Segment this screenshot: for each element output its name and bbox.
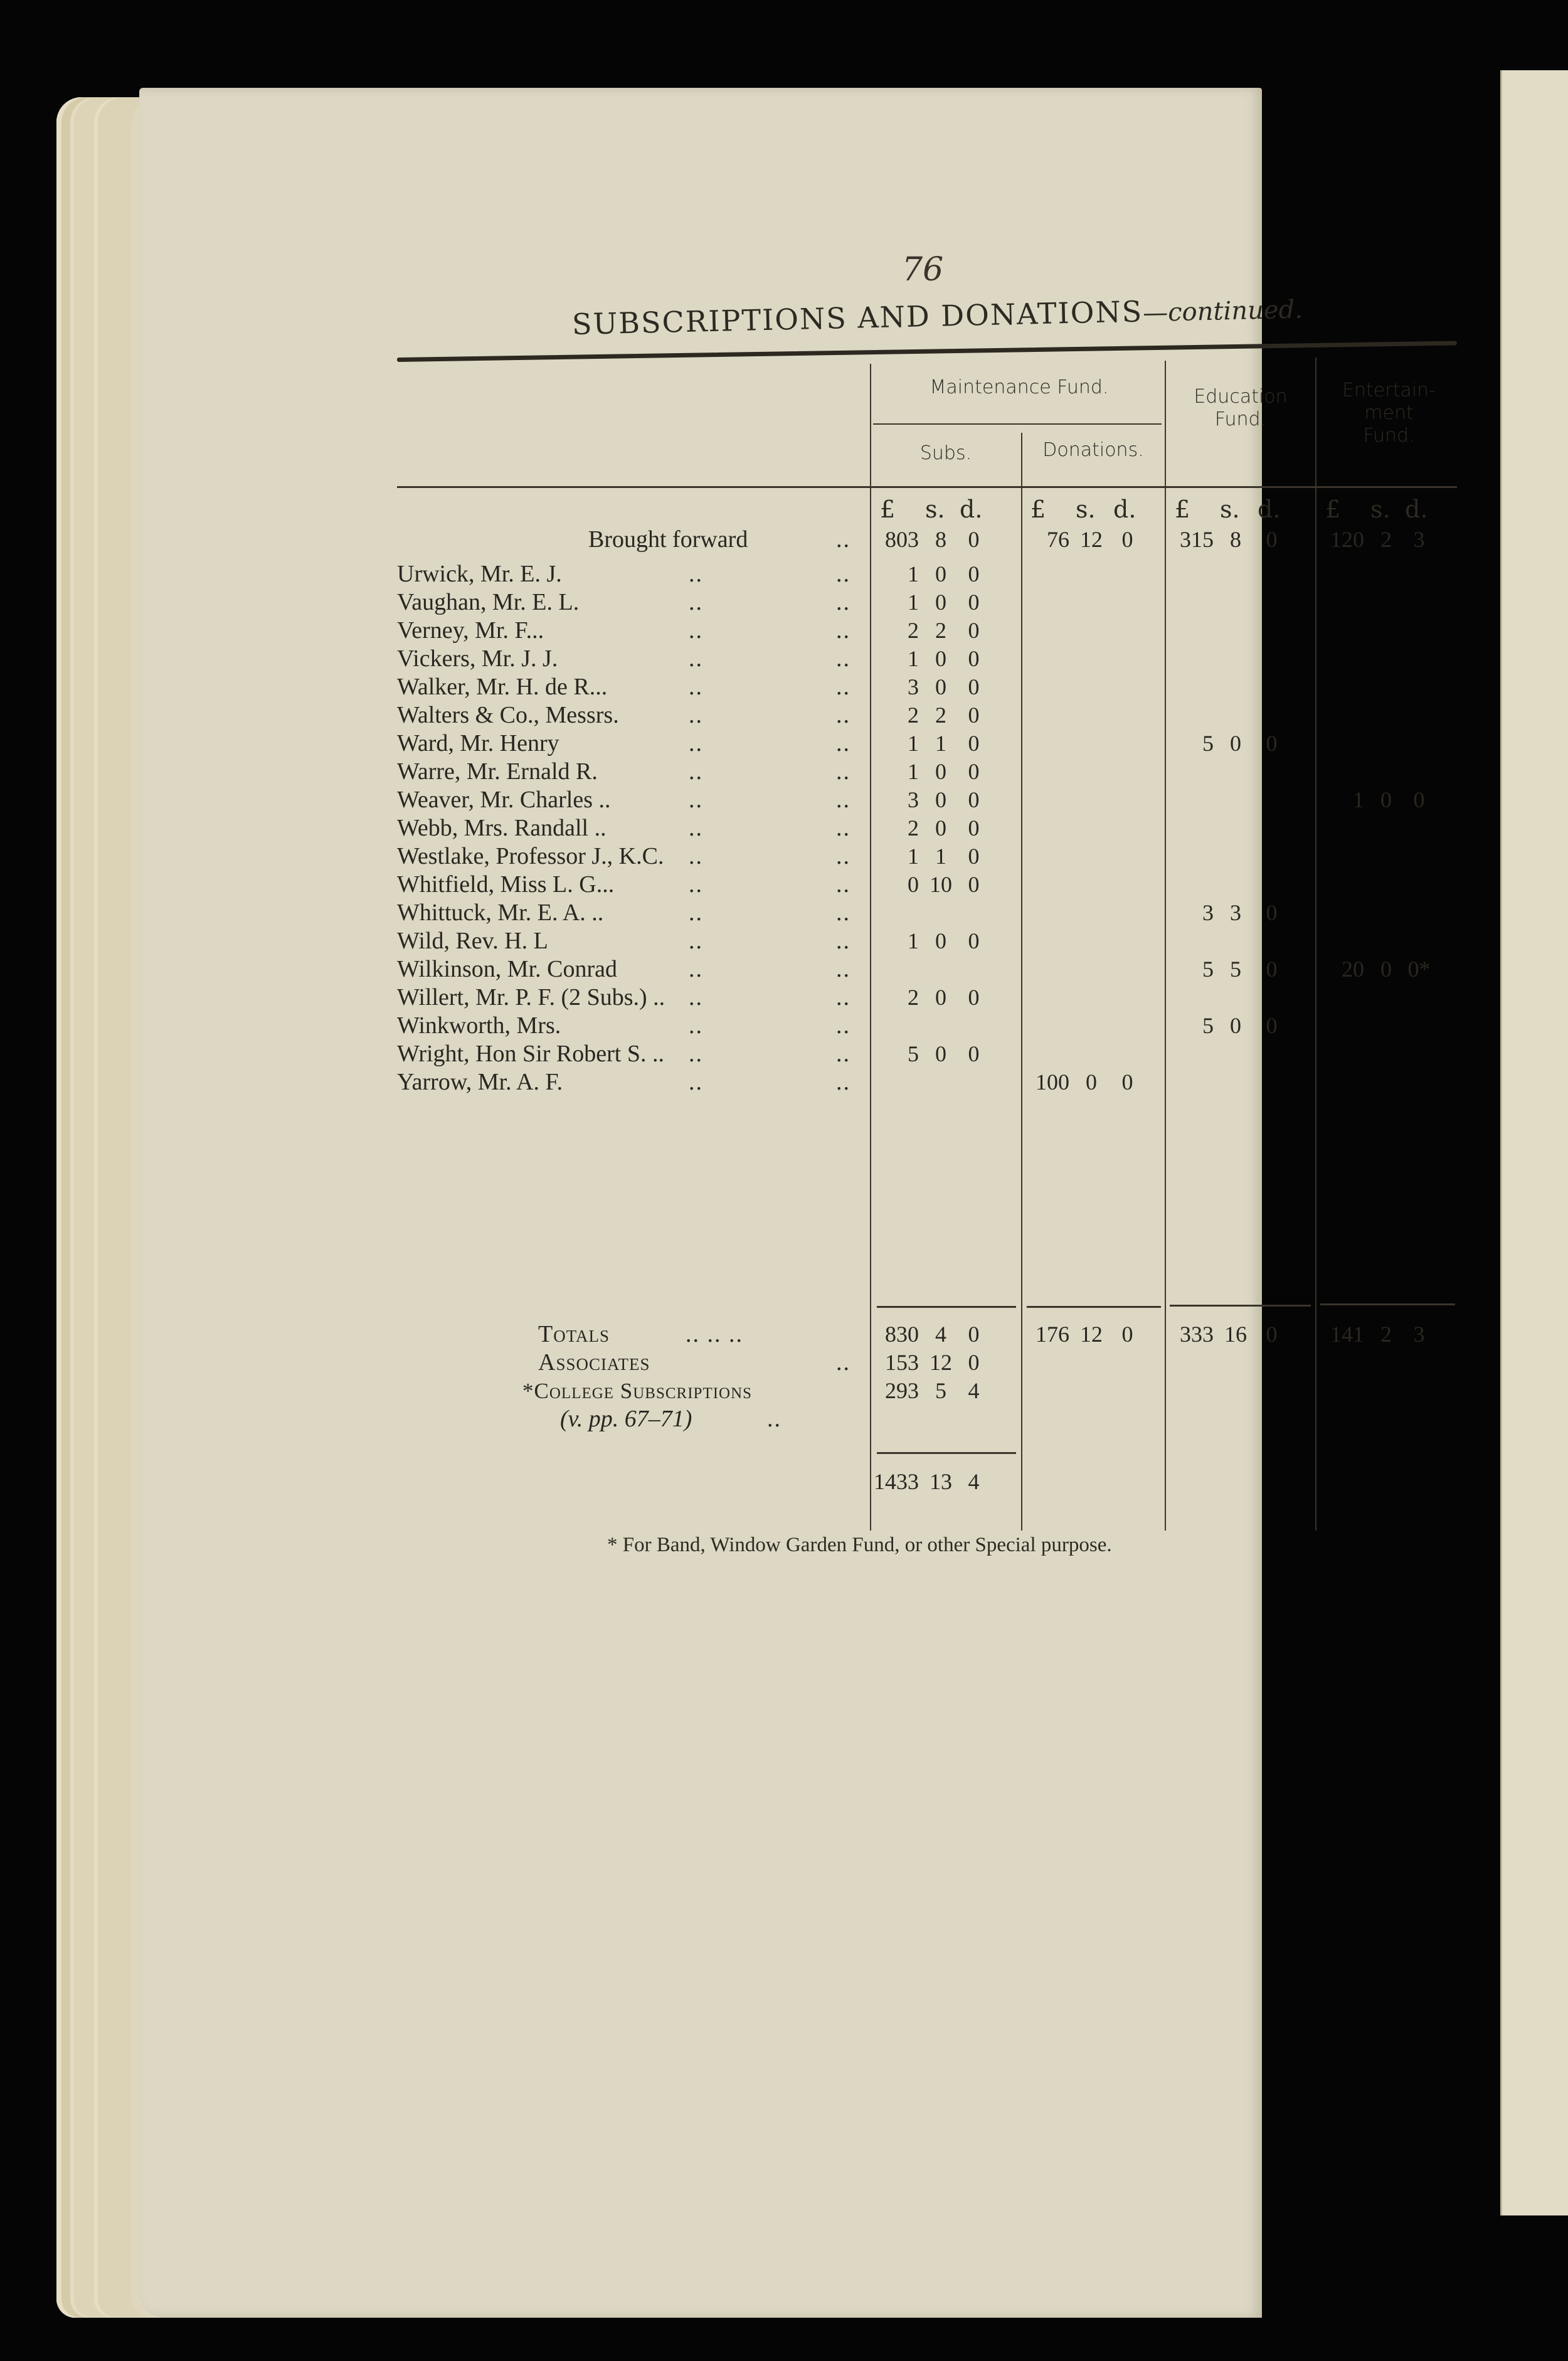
unit-entertainment-1: s. xyxy=(1370,496,1391,523)
header-education-fund: Education Fund. xyxy=(1168,386,1313,431)
subs-amount-shillings: 0 xyxy=(925,814,956,842)
table-row: Whittuck, Mr. E. A. ......330 xyxy=(397,899,1463,927)
subs-amount-pounds: 5 xyxy=(875,1040,919,1068)
unit-subs-0: £ xyxy=(880,496,895,523)
entertainment-line2: ment xyxy=(1318,402,1459,425)
table-row: Vaughan, Mr. E. L.....100 xyxy=(397,588,1463,617)
subs-amount-shillings: 0 xyxy=(925,758,956,786)
subs-amount-pence: 0 xyxy=(960,842,988,871)
college-label: *College Subscriptions xyxy=(522,1377,752,1405)
table-row: Urwick, Mr. E. J.....100 xyxy=(397,560,1463,588)
entertainment-amount-pence: 3 xyxy=(1405,1320,1433,1349)
donations-amount-shillings: 0 xyxy=(1076,1068,1107,1096)
entertainment-amount-pence: 0* xyxy=(1405,955,1433,984)
table-row: Verney, Mr. F.......220 xyxy=(397,617,1463,645)
subs-amount-pounds: 1 xyxy=(875,560,919,588)
education-amount-pounds: 5 xyxy=(1170,1012,1214,1040)
grand-total-rule xyxy=(877,1452,1016,1454)
contributor-name: Walters & Co., Messrs. xyxy=(397,701,619,730)
header-donations: Donations. xyxy=(1024,439,1163,462)
subs-amount-pounds: 1 xyxy=(875,842,919,871)
leader-dots: .. xyxy=(836,617,850,645)
table-row: Walters & Co., Messrs.....220 xyxy=(397,701,1463,730)
entertainment-amount-shillings: 0 xyxy=(1370,786,1402,814)
education-amount-shillings: 3 xyxy=(1220,899,1251,927)
education-amount-shillings: 8 xyxy=(1220,526,1251,554)
contributor-name: Urwick, Mr. E. J. xyxy=(397,560,562,588)
table-row: Wilkinson, Mr. Conrad....5502000* xyxy=(397,955,1463,984)
book-page xyxy=(139,88,1262,2318)
table-row: Wright, Hon Sir Robert S. ......500 xyxy=(397,1040,1463,1068)
leader-dots: .. xyxy=(689,984,703,1012)
education-amount-shillings: 16 xyxy=(1220,1320,1251,1349)
subs-amount-pounds: 803 xyxy=(875,526,919,554)
unit-subs-1: s. xyxy=(925,496,945,523)
subs-amount-pence: 0 xyxy=(960,617,988,645)
table-row: Ward, Mr. Henry....110500 xyxy=(397,730,1463,758)
leader-dots: .. xyxy=(689,814,703,842)
subs-amount-pence: 0 xyxy=(960,730,988,758)
subs-amount-pence: 4 xyxy=(960,1377,988,1405)
table-row: Yarrow, Mr. A. F.....10000 xyxy=(397,1068,1463,1096)
leader-dots: .. xyxy=(836,814,850,842)
leader-dots: .. xyxy=(689,617,703,645)
maintenance-subrule xyxy=(873,423,1162,425)
entertainment-amount-pence: 0 xyxy=(1405,786,1433,814)
contributor-name: Yarrow, Mr. A. F. xyxy=(397,1068,563,1096)
leader-dots: .. xyxy=(836,673,850,701)
grand-total-shillings: 13 xyxy=(925,1468,956,1496)
contributor-name: Walker, Mr. H. de R... xyxy=(397,673,607,701)
education-line1: Education xyxy=(1168,386,1313,408)
education-amount-pence: 0 xyxy=(1258,1320,1286,1349)
leader-dots: .. xyxy=(836,1012,850,1040)
unit-donations-0: £ xyxy=(1030,496,1046,523)
subs-amount-pounds: 3 xyxy=(875,673,919,701)
education-amount-shillings: 5 xyxy=(1220,955,1251,984)
subs-amount-pounds: 1 xyxy=(875,758,919,786)
subs-amount-pounds: 2 xyxy=(875,814,919,842)
contributor-name: Whittuck, Mr. E. A. .. xyxy=(397,899,603,927)
associates-row: Associates..153120 xyxy=(397,1349,1463,1377)
subs-amount-pounds: 2 xyxy=(875,984,919,1012)
leader-dots: .. xyxy=(836,955,850,984)
subs-amount-shillings: 4 xyxy=(925,1320,956,1349)
subs-amount-pence: 0 xyxy=(960,927,988,955)
education-amount-pounds: 3 xyxy=(1170,899,1214,927)
entertainment-amount-pounds: 20 xyxy=(1320,955,1364,984)
donations-amount-pounds: 176 xyxy=(1025,1320,1069,1349)
donations-amount-pence: 0 xyxy=(1113,526,1142,554)
contributor-name: Vickers, Mr. J. J. xyxy=(397,645,558,673)
leader-dots: .. xyxy=(836,842,850,871)
leader-dots: .. xyxy=(689,1068,703,1096)
subs-amount-shillings: 10 xyxy=(925,871,956,899)
subs-amount-pence: 0 xyxy=(960,1320,988,1349)
leader-dots: .. .. .. xyxy=(686,1320,743,1349)
leader-dots: .. xyxy=(689,927,703,955)
table-row: Winkworth, Mrs.....500 xyxy=(397,1012,1463,1040)
leader-dots: .. xyxy=(689,871,703,899)
donations-amount-shillings: 12 xyxy=(1076,1320,1107,1349)
leader-dots: .. xyxy=(836,927,850,955)
subs-amount-shillings: 5 xyxy=(925,1377,956,1405)
facing-page-edge xyxy=(1500,70,1568,2215)
leader-dots: .. xyxy=(689,730,703,758)
subs-amount-pence: 0 xyxy=(960,786,988,814)
subs-amount-pounds: 293 xyxy=(875,1377,919,1405)
subs-amount-shillings: 2 xyxy=(925,701,956,730)
footnote: * For Band, Window Garden Fund, or other… xyxy=(607,1534,1112,1557)
subs-amount-pounds: 2 xyxy=(875,701,919,730)
title-suffix: —continued. xyxy=(1143,295,1303,328)
subs-amount-pounds: 1 xyxy=(875,927,919,955)
donations-amount-pence: 0 xyxy=(1113,1068,1142,1096)
education-amount-shillings: 0 xyxy=(1220,1012,1251,1040)
leader-dots: .. xyxy=(689,1040,703,1068)
education-amount-pence: 0 xyxy=(1258,526,1286,554)
subs-amount-pence: 0 xyxy=(960,814,988,842)
entertainment-amount-shillings: 0 xyxy=(1370,955,1402,984)
contributor-name: Weaver, Mr. Charles .. xyxy=(397,786,610,814)
table-row: Willert, Mr. P. F. (2 Subs.) ......200 xyxy=(397,984,1463,1012)
donations-amount-shillings: 12 xyxy=(1076,526,1107,554)
table-row: Warre, Mr. Ernald R.....100 xyxy=(397,758,1463,786)
education-amount-pounds: 5 xyxy=(1170,955,1214,984)
education-amount-pounds: 333 xyxy=(1170,1320,1214,1349)
table-row: Webb, Mrs. Randall ......200 xyxy=(397,814,1463,842)
unit-donations-2: d. xyxy=(1113,496,1136,523)
associates-label: Associates xyxy=(538,1349,650,1377)
subs-amount-shillings: 12 xyxy=(925,1349,956,1377)
contributor-name: Winkworth, Mrs. xyxy=(397,1012,561,1040)
unit-education-1: s. xyxy=(1220,496,1240,523)
leader-dots: .. xyxy=(689,560,703,588)
contributor-name: Wild, Rev. H. L xyxy=(397,927,548,955)
leader-dots: .. xyxy=(689,758,703,786)
education-line2: Fund. xyxy=(1168,408,1313,431)
entertainment-line1: Entertain- xyxy=(1318,379,1459,402)
header-rule xyxy=(397,486,1457,488)
entertainment-amount-shillings: 2 xyxy=(1370,1320,1402,1349)
table-row: Wild, Rev. H. L....100 xyxy=(397,927,1463,955)
leader-dots: .. xyxy=(836,786,850,814)
entertainment-line3: Fund. xyxy=(1318,425,1459,447)
unit-education-0: £ xyxy=(1175,496,1190,523)
entertainment-amount-pence: 3 xyxy=(1405,526,1433,554)
table-row: Whitfield, Miss L. G.......0100 xyxy=(397,871,1463,899)
leader-dots: .. xyxy=(689,645,703,673)
leader-dots: .. xyxy=(836,645,850,673)
leader-dots: .. xyxy=(689,673,703,701)
subs-amount-shillings: 0 xyxy=(925,588,956,617)
leader-dots: .. xyxy=(767,1405,781,1433)
subs-amount-shillings: 1 xyxy=(925,730,956,758)
donations-amount-pence: 0 xyxy=(1113,1320,1142,1349)
page-number: 76 xyxy=(902,251,943,289)
subs-amount-pence: 0 xyxy=(960,673,988,701)
subs-amount-pounds: 1 xyxy=(875,645,919,673)
college-subscriptions-row: *College Subscriptions29354 xyxy=(397,1377,1463,1405)
header-subs: Subs. xyxy=(873,442,1019,465)
leader-dots: .. xyxy=(689,701,703,730)
subs-amount-shillings: 0 xyxy=(925,645,956,673)
leader-dots: .. xyxy=(689,842,703,871)
subs-amount-pence: 0 xyxy=(960,758,988,786)
education-amount-pence: 0 xyxy=(1258,899,1286,927)
totals-rule-education xyxy=(1170,1305,1311,1307)
leader-dots: .. xyxy=(689,588,703,617)
table-row: Walker, Mr. H. de R.......300 xyxy=(397,673,1463,701)
leader-dots: .. xyxy=(836,1040,850,1068)
donations-amount-pounds: 100 xyxy=(1025,1068,1069,1096)
subs-amount-pence: 0 xyxy=(960,1040,988,1068)
contributor-name: Wilkinson, Mr. Conrad xyxy=(397,955,617,984)
education-amount-pence: 0 xyxy=(1258,955,1286,984)
leader-dots: .. xyxy=(836,899,850,927)
subs-amount-shillings: 0 xyxy=(925,560,956,588)
subs-amount-pence: 0 xyxy=(960,560,988,588)
table-row: Westlake, Professor J., K.C.....110 xyxy=(397,842,1463,871)
leader-dots: .. xyxy=(689,955,703,984)
subs-amount-pence: 0 xyxy=(960,526,988,554)
leader-dots: .. xyxy=(836,758,850,786)
donations-amount-pounds: 76 xyxy=(1025,526,1069,554)
leader-dots: .. xyxy=(689,1012,703,1040)
subs-amount-shillings: 0 xyxy=(925,984,956,1012)
table-row: Weaver, Mr. Charles ......300100 xyxy=(397,786,1463,814)
entertainment-amount-pounds: 1 xyxy=(1320,786,1364,814)
subs-amount-shillings: 0 xyxy=(925,1040,956,1068)
totals-rule-entertainment xyxy=(1320,1303,1455,1305)
grand-total-row: 1433134 xyxy=(397,1468,1463,1496)
leader-dots: .. xyxy=(836,588,850,617)
entertainment-amount-pounds: 141 xyxy=(1320,1320,1364,1349)
contributor-name: Willert, Mr. P. F. (2 Subs.) .. xyxy=(397,984,665,1012)
education-amount-shillings: 0 xyxy=(1220,730,1251,758)
grand-total-pence: 4 xyxy=(960,1468,988,1496)
subs-amount-pence: 0 xyxy=(960,645,988,673)
subs-amount-pounds: 153 xyxy=(875,1349,919,1377)
subs-amount-pence: 0 xyxy=(960,1349,988,1377)
college-reference: (v. pp. 67–71) xyxy=(560,1405,692,1433)
contributor-name: Ward, Mr. Henry xyxy=(397,730,559,758)
contributor-name: Westlake, Professor J., K.C. xyxy=(397,842,664,871)
subs-amount-pence: 0 xyxy=(960,871,988,899)
subs-amount-pounds: 830 xyxy=(875,1320,919,1349)
subs-amount-shillings: 2 xyxy=(925,617,956,645)
subs-amount-pounds: 1 xyxy=(875,588,919,617)
subs-amount-pounds: 2 xyxy=(875,617,919,645)
brought-forward-label: Brought forward xyxy=(588,526,748,554)
unit-donations-1: s. xyxy=(1076,496,1096,523)
leader-dots: .. xyxy=(836,560,850,588)
table-row: Vickers, Mr. J. J.....100 xyxy=(397,645,1463,673)
totals-rule-donations xyxy=(1027,1306,1161,1308)
unit-subs-2: d. xyxy=(960,496,982,523)
subs-amount-pounds: 1 xyxy=(875,730,919,758)
subs-amount-shillings: 0 xyxy=(925,927,956,955)
subs-amount-shillings: 1 xyxy=(925,842,956,871)
totals-row: Totals.. .. ..8304017612033316014123 xyxy=(397,1320,1463,1349)
contributor-name: Warre, Mr. Ernald R. xyxy=(397,758,598,786)
contributor-name: Whitfield, Miss L. G... xyxy=(397,871,614,899)
brought-forward-row: Brought forward..80380761203158012023 xyxy=(397,526,1463,554)
contributor-name: Webb, Mrs. Randall .. xyxy=(397,814,607,842)
education-amount-pence: 0 xyxy=(1258,1012,1286,1040)
subs-amount-pence: 0 xyxy=(960,588,988,617)
leader-dots: .. xyxy=(836,871,850,899)
unit-entertainment-0: £ xyxy=(1325,496,1340,523)
leader-dots: .. xyxy=(836,730,850,758)
leader-dots: .. xyxy=(836,1068,850,1096)
contributor-name: Wright, Hon Sir Robert S. .. xyxy=(397,1040,664,1068)
contributor-name: Verney, Mr. F... xyxy=(397,617,544,645)
contributor-name: Vaughan, Mr. E. L. xyxy=(397,588,579,617)
leader-dots: .. xyxy=(836,1349,850,1377)
subs-amount-shillings: 8 xyxy=(925,526,956,554)
totals-rule-subs xyxy=(877,1306,1016,1308)
header-entertainment-fund: Entertain- ment Fund. xyxy=(1318,379,1459,447)
college-reference-row: (v. pp. 67–71).. xyxy=(397,1405,1463,1433)
entertainment-amount-shillings: 2 xyxy=(1370,526,1402,554)
subs-amount-pounds: 0 xyxy=(875,871,919,899)
header-maintenance-fund: Maintenance Fund. xyxy=(875,376,1163,399)
subs-amount-pence: 0 xyxy=(960,984,988,1012)
leader-dots: .. xyxy=(689,899,703,927)
education-amount-pounds: 315 xyxy=(1170,526,1214,554)
leader-dots: .. xyxy=(836,526,850,554)
leader-dots: .. xyxy=(836,701,850,730)
unit-entertainment-2: d. xyxy=(1405,496,1428,523)
totals-label: Totals xyxy=(538,1320,610,1349)
unit-education-2: d. xyxy=(1258,496,1280,523)
leader-dots: .. xyxy=(836,984,850,1012)
leader-dots: .. xyxy=(689,786,703,814)
subs-amount-shillings: 0 xyxy=(925,673,956,701)
subs-amount-shillings: 0 xyxy=(925,786,956,814)
education-amount-pence: 0 xyxy=(1258,730,1286,758)
subs-amount-pounds: 3 xyxy=(875,786,919,814)
subs-amount-pence: 0 xyxy=(960,701,988,730)
grand-total-pounds: 1433 xyxy=(869,1468,919,1496)
education-amount-pounds: 5 xyxy=(1170,730,1214,758)
entertainment-amount-pounds: 120 xyxy=(1320,526,1364,554)
